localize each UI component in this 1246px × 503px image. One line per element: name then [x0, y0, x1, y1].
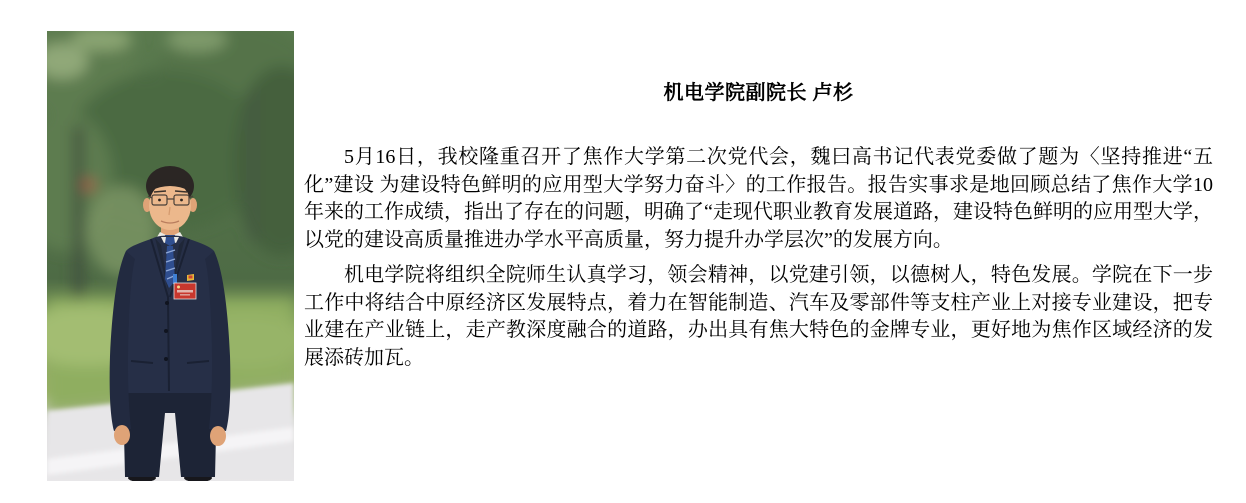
article: 机电学院副院长 卢杉 5月16日，我校隆重召开了焦作大学第二次党代会，魏曰高书记… [304, 80, 1213, 372]
left-eye [158, 199, 161, 202]
jacket-button [164, 329, 168, 333]
article-paragraph-1: 5月16日，我校隆重召开了焦作大学第二次党代会，魏曰高书记代表党委做了题为〈坚持… [304, 144, 1213, 254]
jacket-button [165, 301, 169, 305]
portrait-photo-image [47, 31, 294, 481]
jacket-button [164, 357, 168, 361]
right-eye [180, 199, 183, 202]
left-hand [114, 425, 130, 445]
article-title: 机电学院副院长 卢杉 [304, 80, 1213, 106]
badge-clip [173, 274, 177, 284]
right-hand [210, 426, 226, 446]
page: 机电学院副院长 卢杉 5月16日，我校隆重召开了焦作大学第二次党代会，魏曰高书记… [0, 0, 1246, 503]
portrait-photo [47, 31, 294, 481]
article-paragraph-2: 机电学院将组织全院师生认真学习，领会精神，以党建引领，以德树人，特色发展。学院在… [304, 262, 1213, 372]
